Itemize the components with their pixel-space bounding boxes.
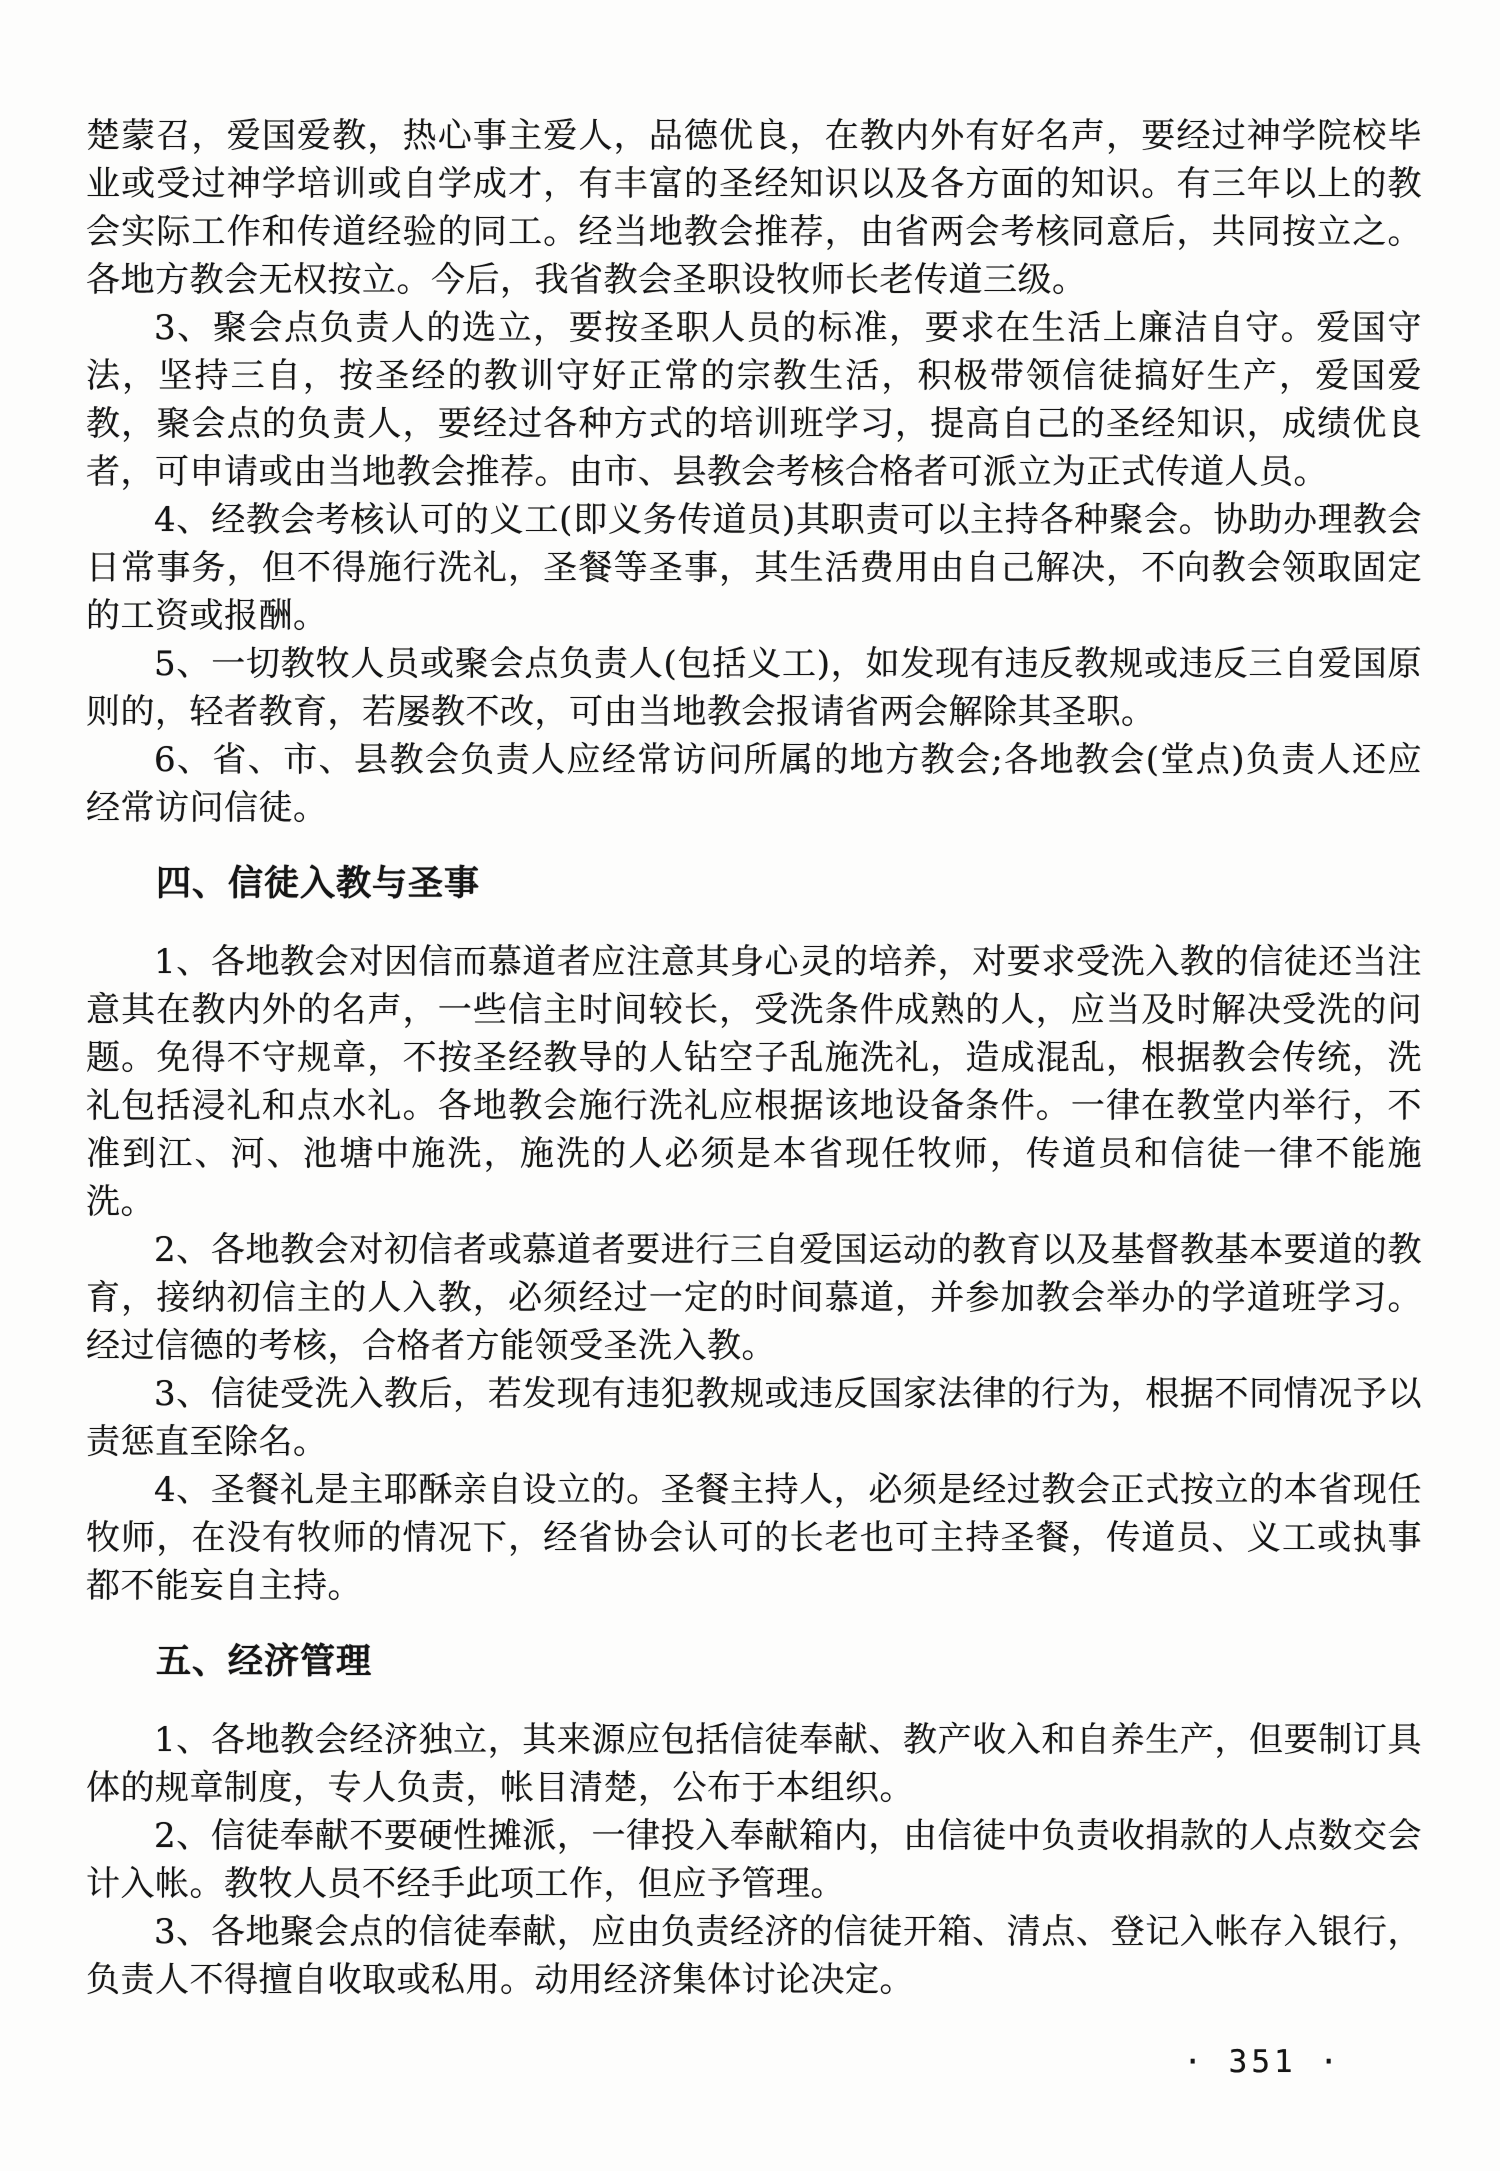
paragraph-sec5-item-3-offering-accounting: 3、各地聚会点的信徒奉献，应由负责经济的信徒开箱、清点、登记入帐存入银行，负责人… <box>86 1908 1422 2004</box>
document-page: 楚蒙召，爱国爱教，热心事主爱人，品德优良，在教内外有好名声，要经过神学院校毕业或… <box>0 0 1500 2171</box>
paragraph-item-4-volunteer-workers: 4、经教会考核认可的义工(即义务传道员)其职责可以主持各种聚会。协助办理教会日常… <box>86 496 1422 640</box>
paragraph-sec4-item-2-catechism: 2、各地教会对初信者或慕道者要进行三自爱国运动的教育以及基督教基本要道的教育，接… <box>86 1226 1422 1370</box>
paragraph-continuation: 楚蒙召，爱国爱教，热心事主爱人，品德优良，在教内外有好名声，要经过神学院校毕业或… <box>86 112 1422 304</box>
section-heading-5-financial-management: 五、经济管理 <box>86 1638 1422 1686</box>
paragraph-sec4-item-1-baptism-rules: 1、各地教会对因信而慕道者应注意其身心灵的培养，对要求受洗入教的信徒还当注意其在… <box>86 938 1422 1226</box>
paragraph-sec5-item-1-church-finance: 1、各地教会经济独立，其来源应包括信徒奉献、教产收入和自养生产，但要制订具体的规… <box>86 1716 1422 1812</box>
paragraph-sec5-item-2-offerings: 2、信徒奉献不要硬性摊派，一律投入奉献箱内，由信徒中负责收捐款的人点数交会计入帐… <box>86 1812 1422 1908</box>
section-heading-4-baptism-and-sacraments: 四、信徒入教与圣事 <box>86 860 1422 908</box>
paragraph-item-6-visitation: 6、省、市、县教会负责人应经常访问所属的地方教会;各地教会(堂点)负责人还应经常… <box>86 736 1422 832</box>
paragraph-sec4-item-4-communion: 4、圣餐礼是主耶酥亲自设立的。圣餐主持人，必须是经过教会正式按立的本省现任牧师，… <box>86 1466 1422 1610</box>
page-number: · 351 · <box>1183 2042 1342 2082</box>
paragraph-item-5-discipline: 5、一切教牧人员或聚会点负责人(包括义工)，如发现有违反教规或违反三自爱国原则的… <box>86 640 1422 736</box>
paragraph-sec4-item-3-violations: 3、信徒受洗入教后，若发现有违犯教规或违反国家法律的行为，根据不同情况予以责惩直… <box>86 1370 1422 1466</box>
paragraph-item-3-clergy-selection: 3、聚会点负责人的选立，要按圣职人员的标准，要求在生活上廉洁自守。爱国守法，坚持… <box>86 304 1422 496</box>
